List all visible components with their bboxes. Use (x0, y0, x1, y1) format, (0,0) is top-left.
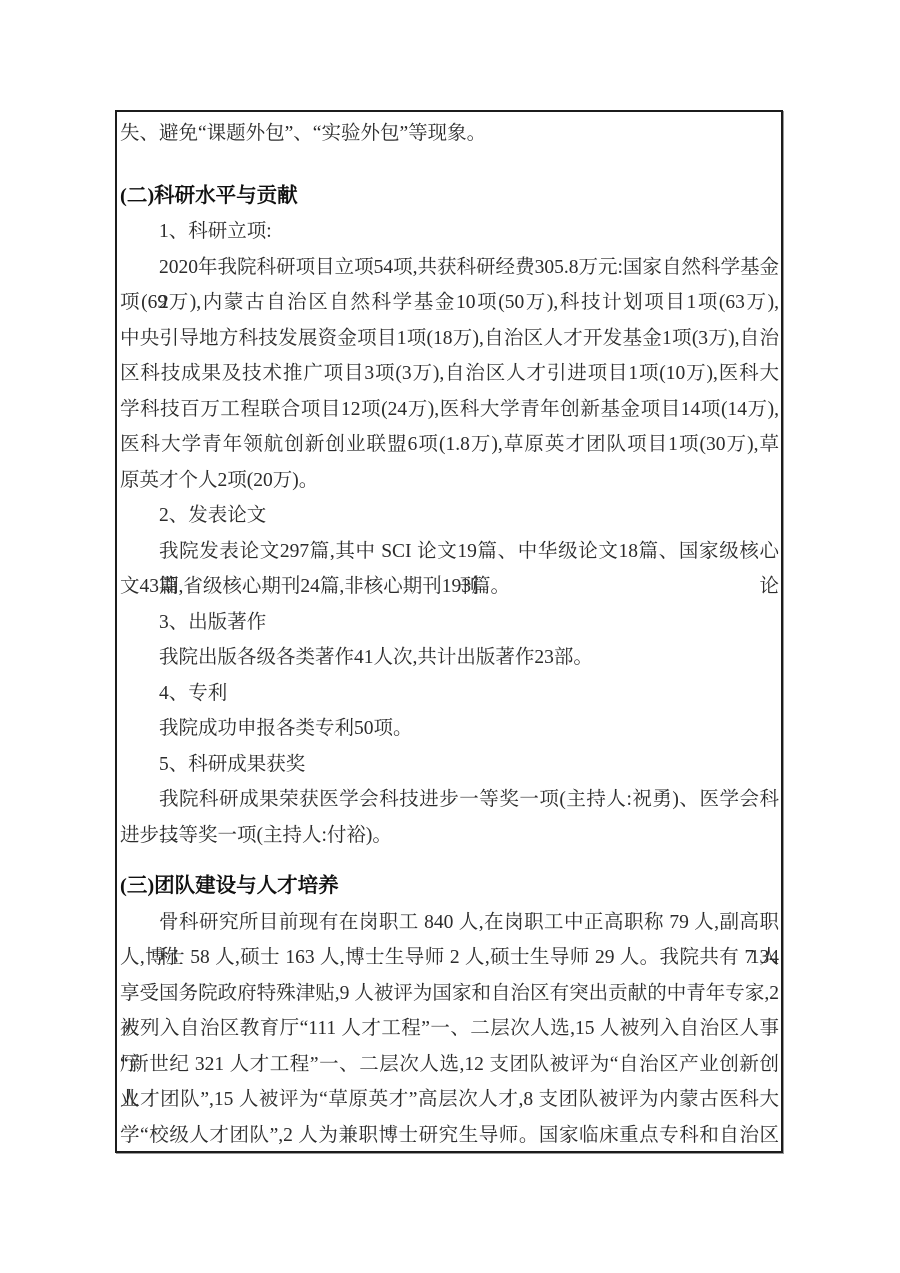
body-line: 被列入自治区教育厅“111 人才工程”一、二层次人选,15 人被列入自治区人事厅 (120, 1011, 779, 1047)
body-line: 医科大学青年领航创新创业联盟6项(1.8万),草原英才团队项目1项(30万),草 (120, 427, 779, 463)
body-line: 学科技百万工程联合项目12项(24万),医科大学青年创新基金项目14项(14万)… (120, 392, 779, 428)
body-line: “新世纪 321 人才工程”一、二层次人选,12 支团队被评为“自治区产业创新创… (120, 1047, 779, 1083)
body-line: 学“校级人才团队”,2 人为兼职博士研究生导师。国家临床重点专科和自治区学科 (120, 1118, 779, 1154)
body-line: 进步二等奖一项(主持人:付裕)。 (120, 818, 779, 854)
body-line: 人才团队”,15 人被评为“草原英才”高层次人才,8 支团队被评为内蒙古医科大 (120, 1082, 779, 1118)
body-line: 中央引导地方科技发展资金项目1项(18万),自治区人才开发基金1项(3万),自治 (120, 321, 779, 357)
item-heading-research: 1、科研立项: (120, 214, 779, 250)
section-heading-3: (三)团队建设与人才培养 (120, 869, 779, 905)
body-line: 骨科研究所目前现有在岗职工 840 人,在岗职工中正高职称 79 人,副高职称 … (120, 905, 779, 941)
item-heading-books: 3、出版著作 (120, 605, 779, 641)
item-heading-papers: 2、发表论文 (120, 498, 779, 534)
body-line: 我院科研成果荣获医学会科技进步一等奖一项(主持人:祝勇)、医学会科技 (120, 782, 779, 818)
body-line: 原英才个人2项(20万)。 (120, 463, 779, 499)
body-line: 人,博士 58 人,硕士 163 人,博士生导师 2 人,硕士生导师 29 人。… (120, 940, 779, 976)
section-heading-2: (二)科研水平与贡献 (120, 179, 779, 215)
item-heading-patents: 4、专利 (120, 676, 779, 712)
body-line: 我院发表论文297篇,其中 SCI 论文19篇、中华级论文18篇、国家级核心期刊… (120, 534, 779, 570)
body-line: 享受国务院政府特殊津贴,9 人被评为国家和自治区有突出贡献的中青年专家,2 人 (120, 976, 779, 1012)
body-line: 2020年我院科研项目立项54项,共获科研经费305.8万元:国家自然科学基金2 (120, 250, 779, 286)
body-line: 失、避免“课题外包”、“实验外包”等现象。 (120, 116, 779, 152)
body-line: 我院出版各级各类著作41人次,共计出版著作23部。 (120, 640, 779, 676)
body-line: 区科技成果及技术推广项目3项(3万),自治区人才引进项目1项(10万),医科大 (120, 356, 779, 392)
body-line: 项(69万),内蒙古自治区自然科学基金10项(50万),科技计划项目1项(63万… (120, 285, 779, 321)
body-line: 我院成功申报各类专利50项。 (120, 711, 779, 747)
report-table-cell: 失、避免“课题外包”、“实验外包”等现象。 (二)科研水平与贡献 1、科研立项:… (115, 110, 783, 1153)
item-heading-awards: 5、科研成果获奖 (120, 747, 779, 783)
document-page: 失、避免“课题外包”、“实验外包”等现象。 (二)科研水平与贡献 1、科研立项:… (0, 0, 900, 1273)
